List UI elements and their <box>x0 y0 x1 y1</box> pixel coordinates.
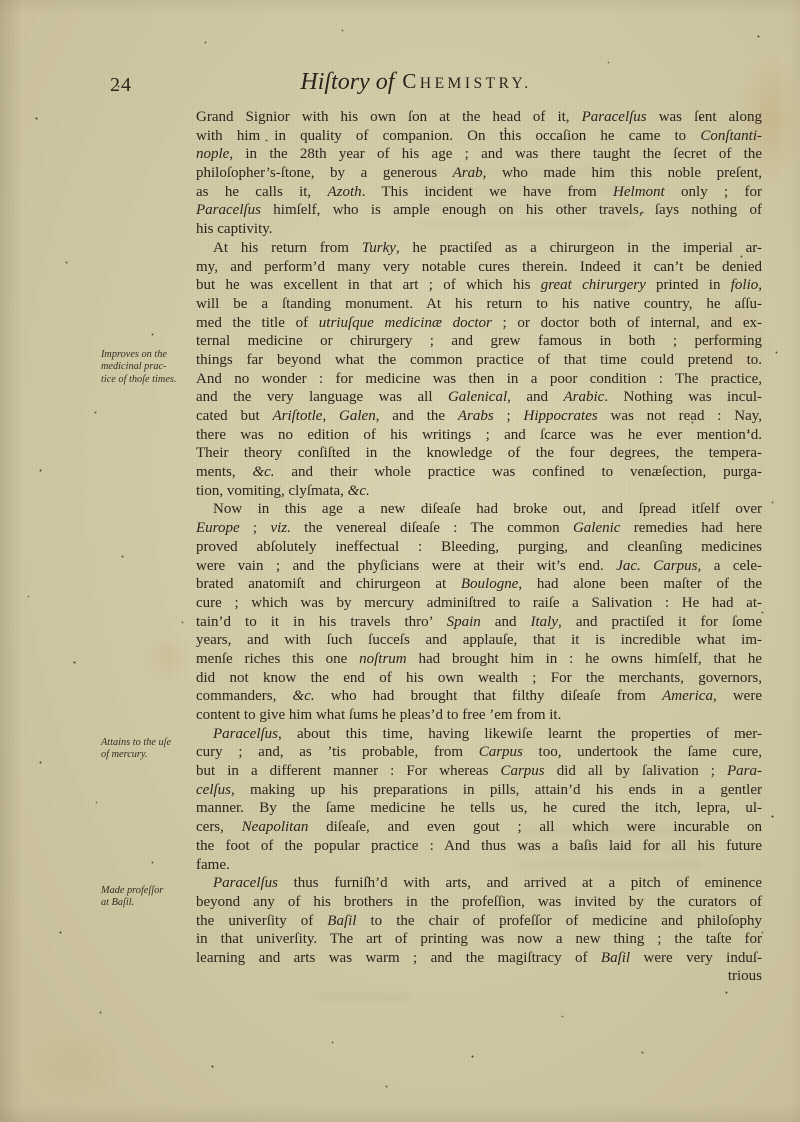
text-line: as he calls it, Azoth. This incident we … <box>196 183 762 202</box>
text-line: med the title of utriuſque medicinæ doct… <box>196 314 762 333</box>
paragraph: Paracelſus, about this time, having like… <box>196 725 762 875</box>
text-line: ternal medicine or chirurgery ; and grew… <box>196 332 762 351</box>
text-line: manner. By the ſame medicine he tells us… <box>196 799 762 818</box>
foxing-stain <box>145 635 190 680</box>
text-line: his captivity. <box>196 220 762 239</box>
running-head-caps: CHEMISTRY. <box>402 68 531 97</box>
margin-note-line: Attains to the uſe <box>101 737 197 749</box>
text-line: Paracelſus, about this time, having like… <box>196 725 762 744</box>
running-head-italic: Hiſtory of <box>300 69 394 95</box>
text-line: content to give him what ſums he pleas’d… <box>196 706 762 725</box>
text-line: cure ; which was by mercury adminiſtred … <box>196 594 762 613</box>
text-line: And no wonder : for medicine was then in… <box>196 370 762 389</box>
paragraph: Grand Signior with his own ſon at the he… <box>196 108 762 239</box>
text-line: tain’d to it in his travels thro’ Spain … <box>196 613 762 632</box>
margin-note-improves-practice: Improves on themedicinal prac-tice of th… <box>101 349 197 386</box>
text-line: learning and arts was warm ; and the mag… <box>196 949 762 968</box>
text-line: cury ; and, as ’tis probable, from Carpu… <box>196 743 762 762</box>
text-line: the foot of the popular practice : And t… <box>196 837 762 856</box>
page-number: 24 <box>110 74 132 97</box>
text-line: Europe ; viz. the venereal diſeaſe : The… <box>196 519 762 538</box>
text-line: beyond any of his brothers in the profeſ… <box>196 893 762 912</box>
margin-note-line: tice of thoſe times. <box>101 374 197 386</box>
text-line: but in a different manner : For whereas … <box>196 762 762 781</box>
text-line: will be a ſtanding monument. At his retu… <box>196 295 762 314</box>
text-line: commanders, &c. who had brought that fil… <box>196 687 762 706</box>
text-line: the univerſity of Baſil to the chair of … <box>196 912 762 931</box>
text-line: Now in this age a new diſeaſe had broke … <box>196 500 762 519</box>
foxing-stain <box>30 1030 120 1100</box>
margin-note-line: Improves on the <box>101 349 197 361</box>
text-line: but he was excellent in that art ; of wh… <box>196 276 762 295</box>
margin-note-line: medicinal prac- <box>101 361 197 373</box>
text-line: At his return from Turky, he practiſed a… <box>196 239 762 258</box>
catchword: trious <box>196 968 762 985</box>
text-line: proved abſolutely ineffectual : Bleeding… <box>196 538 762 557</box>
text-line: Their theory conſiſted in the knowledge … <box>196 444 762 463</box>
show-through-ghost <box>318 984 410 1000</box>
text-line: there was no edition of his writings ; a… <box>196 426 762 445</box>
text-line: celſus, making up his preparations in pi… <box>196 781 762 800</box>
paper-speckles <box>0 0 1 1</box>
text-line: tion, vomiting, clyſmata, &c. <box>196 482 762 501</box>
text-line: menſe riches this one noſtrum had brough… <box>196 650 762 669</box>
margin-note-line: of mercury. <box>101 749 197 761</box>
paragraph: Now in this age a new diſeaſe had broke … <box>196 500 762 724</box>
paragraph: At his return from Turky, he practiſed a… <box>196 239 762 501</box>
text-line: things far beyond what the common practi… <box>196 351 762 370</box>
text-line: in that univerſity. The art of printing … <box>196 930 762 949</box>
text-line: brated anatomiſt and chirurgeon at Boulo… <box>196 575 762 594</box>
text-line: cated but Ariſtotle, Galen, and the Arab… <box>196 407 762 426</box>
text-line: Grand Signior with his own ſon at the he… <box>196 108 762 127</box>
running-head: Hiſtory ofCHEMISTRY. <box>236 69 596 98</box>
text-line: Paracelſus thus furniſh’d with arts, and… <box>196 874 762 893</box>
margin-note-attains-mercury: Attains to the uſeof mercury. <box>101 737 197 762</box>
text-line: did not know the end of his own wealth ;… <box>196 669 762 688</box>
margin-note-line: Made profeſſor <box>101 885 197 897</box>
book-page: 24 Hiſtory ofCHEMISTRY. Improves on them… <box>0 0 800 1122</box>
paragraph: Paracelſus thus furniſh’d with arts, and… <box>196 874 762 967</box>
text-line: with him in quality of companion. On thi… <box>196 127 762 146</box>
margin-note-made-professor: Made profeſſorat Baſil. <box>101 885 197 910</box>
text-line: philoſopher’s-ſtone, by a generous Arab,… <box>196 164 762 183</box>
text-line: were vain ; and the phyſicians were at t… <box>196 557 762 576</box>
margin-note-line: at Baſil. <box>101 897 197 909</box>
text-line: my, and perform’d many very notable cure… <box>196 258 762 277</box>
text-line: nople, in the 28th year of his age ; and… <box>196 145 762 164</box>
text-line: ments, &c. and their whole practice was … <box>196 463 762 482</box>
text-line: fame. <box>196 856 762 875</box>
body-text: Grand Signior with his own ſon at the he… <box>196 108 762 968</box>
text-line: cers, Neapolitan diſeaſe, and even gout … <box>196 818 762 837</box>
text-line: and the very language was all Galenical,… <box>196 388 762 407</box>
text-line: years, and with ſuch ſucceſs and applauſ… <box>196 631 762 650</box>
text-line: Paracelſus himſelf, who is ample enough … <box>196 201 762 220</box>
